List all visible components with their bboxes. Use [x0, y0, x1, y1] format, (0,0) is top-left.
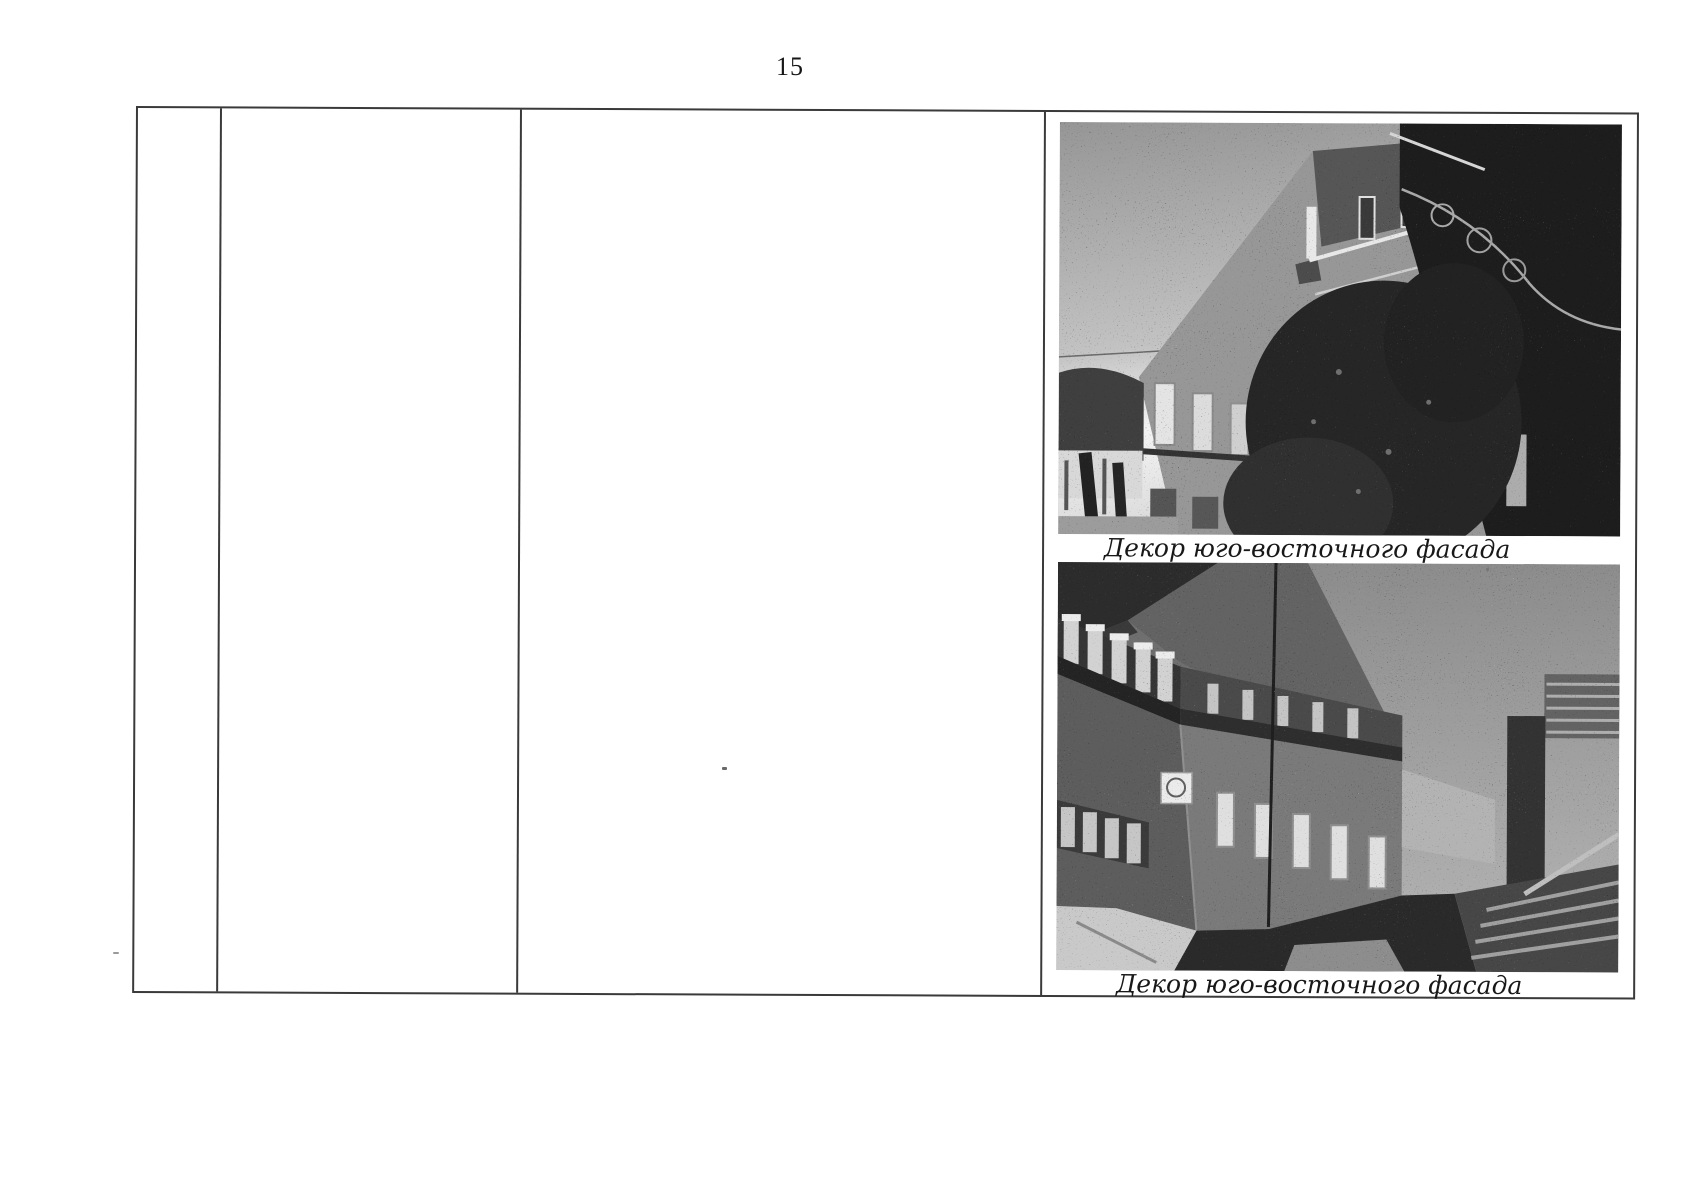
page-number: 15 — [745, 52, 835, 82]
figure-facade-photo-2: Декор юго-восточного фасада — [1056, 562, 1620, 998]
table-column-1 — [134, 108, 221, 991]
table-column-photos: Декор юго-восточного фасада — [1042, 112, 1637, 998]
photo-southeast-facade-upward-view — [1058, 122, 1622, 536]
building-photo-1-graphic — [1058, 122, 1622, 536]
figure-facade-photo-1: Декор юго-восточного фасада — [1058, 122, 1622, 564]
building-photo-2-graphic — [1056, 562, 1620, 972]
figure-caption-1: Декор юго-восточного фасада — [1058, 534, 1620, 564]
scan-speck — [1486, 568, 1489, 571]
scan-speck — [113, 952, 119, 954]
photo-southeast-facade-corner-view — [1056, 562, 1620, 972]
table-column-2 — [218, 108, 523, 992]
document-table: Декор юго-восточного фасада — [132, 106, 1639, 1000]
figure-caption-2: Декор юго-восточного фасада — [1056, 972, 1618, 998]
table-column-3 — [518, 110, 1046, 995]
scan-speck — [722, 767, 727, 770]
